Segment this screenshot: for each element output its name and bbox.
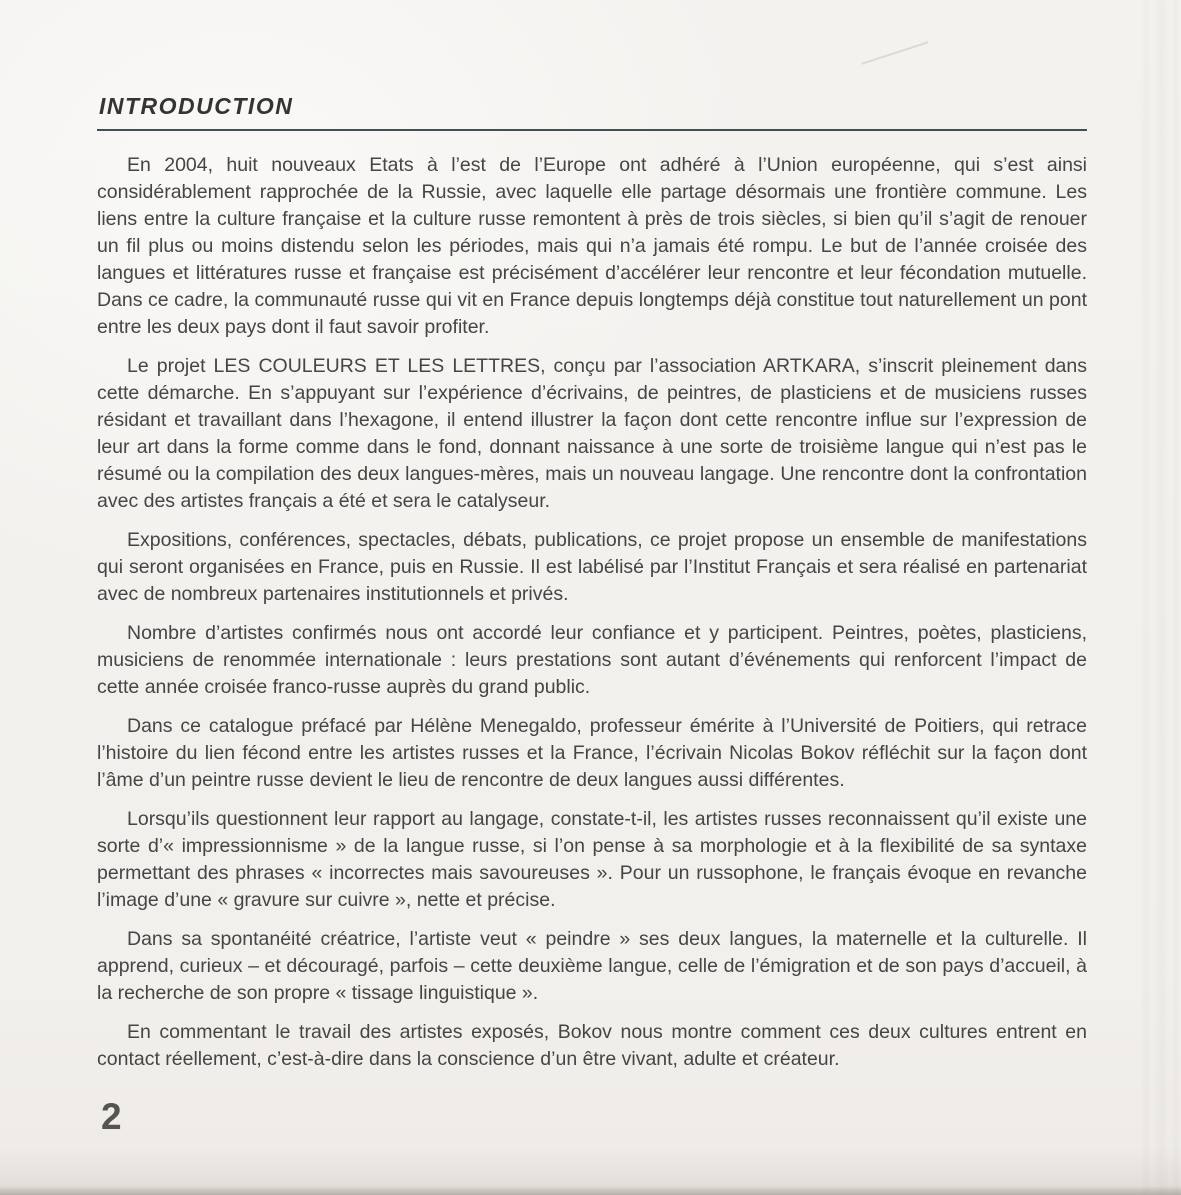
body-text: En 2004, huit nouveaux Etats à l’est de … bbox=[97, 152, 1087, 1073]
scanned-page: INTRODUCTION En 2004, huit nouveaux Etat… bbox=[0, 0, 1181, 1195]
paper-fold-mark bbox=[861, 41, 928, 65]
paragraph: En 2004, huit nouveaux Etats à l’est de … bbox=[97, 152, 1087, 341]
paragraph: En commentant le travail des artistes ex… bbox=[97, 1019, 1087, 1073]
page-title: INTRODUCTION bbox=[99, 93, 1087, 120]
page-number: 2 bbox=[101, 1096, 122, 1138]
paragraph: Dans sa spontanéité créatrice, l’artiste… bbox=[97, 926, 1087, 1007]
paragraph: Nombre d’artistes confirmés nous ont acc… bbox=[97, 620, 1087, 701]
paragraph: Expositions, conférences, spectacles, dé… bbox=[97, 527, 1087, 608]
paragraph: Le projet LES COULEURS ET LES LETTRES, c… bbox=[97, 353, 1087, 515]
title-divider bbox=[97, 129, 1087, 131]
page-content: INTRODUCTION En 2004, huit nouveaux Etat… bbox=[97, 93, 1087, 1085]
paragraph: Dans ce catalogue préfacé par Hélène Men… bbox=[97, 713, 1087, 794]
paragraph: Lorsqu’ils questionnent leur rapport au … bbox=[97, 806, 1087, 914]
scanner-edge-shadow bbox=[0, 1186, 1181, 1195]
